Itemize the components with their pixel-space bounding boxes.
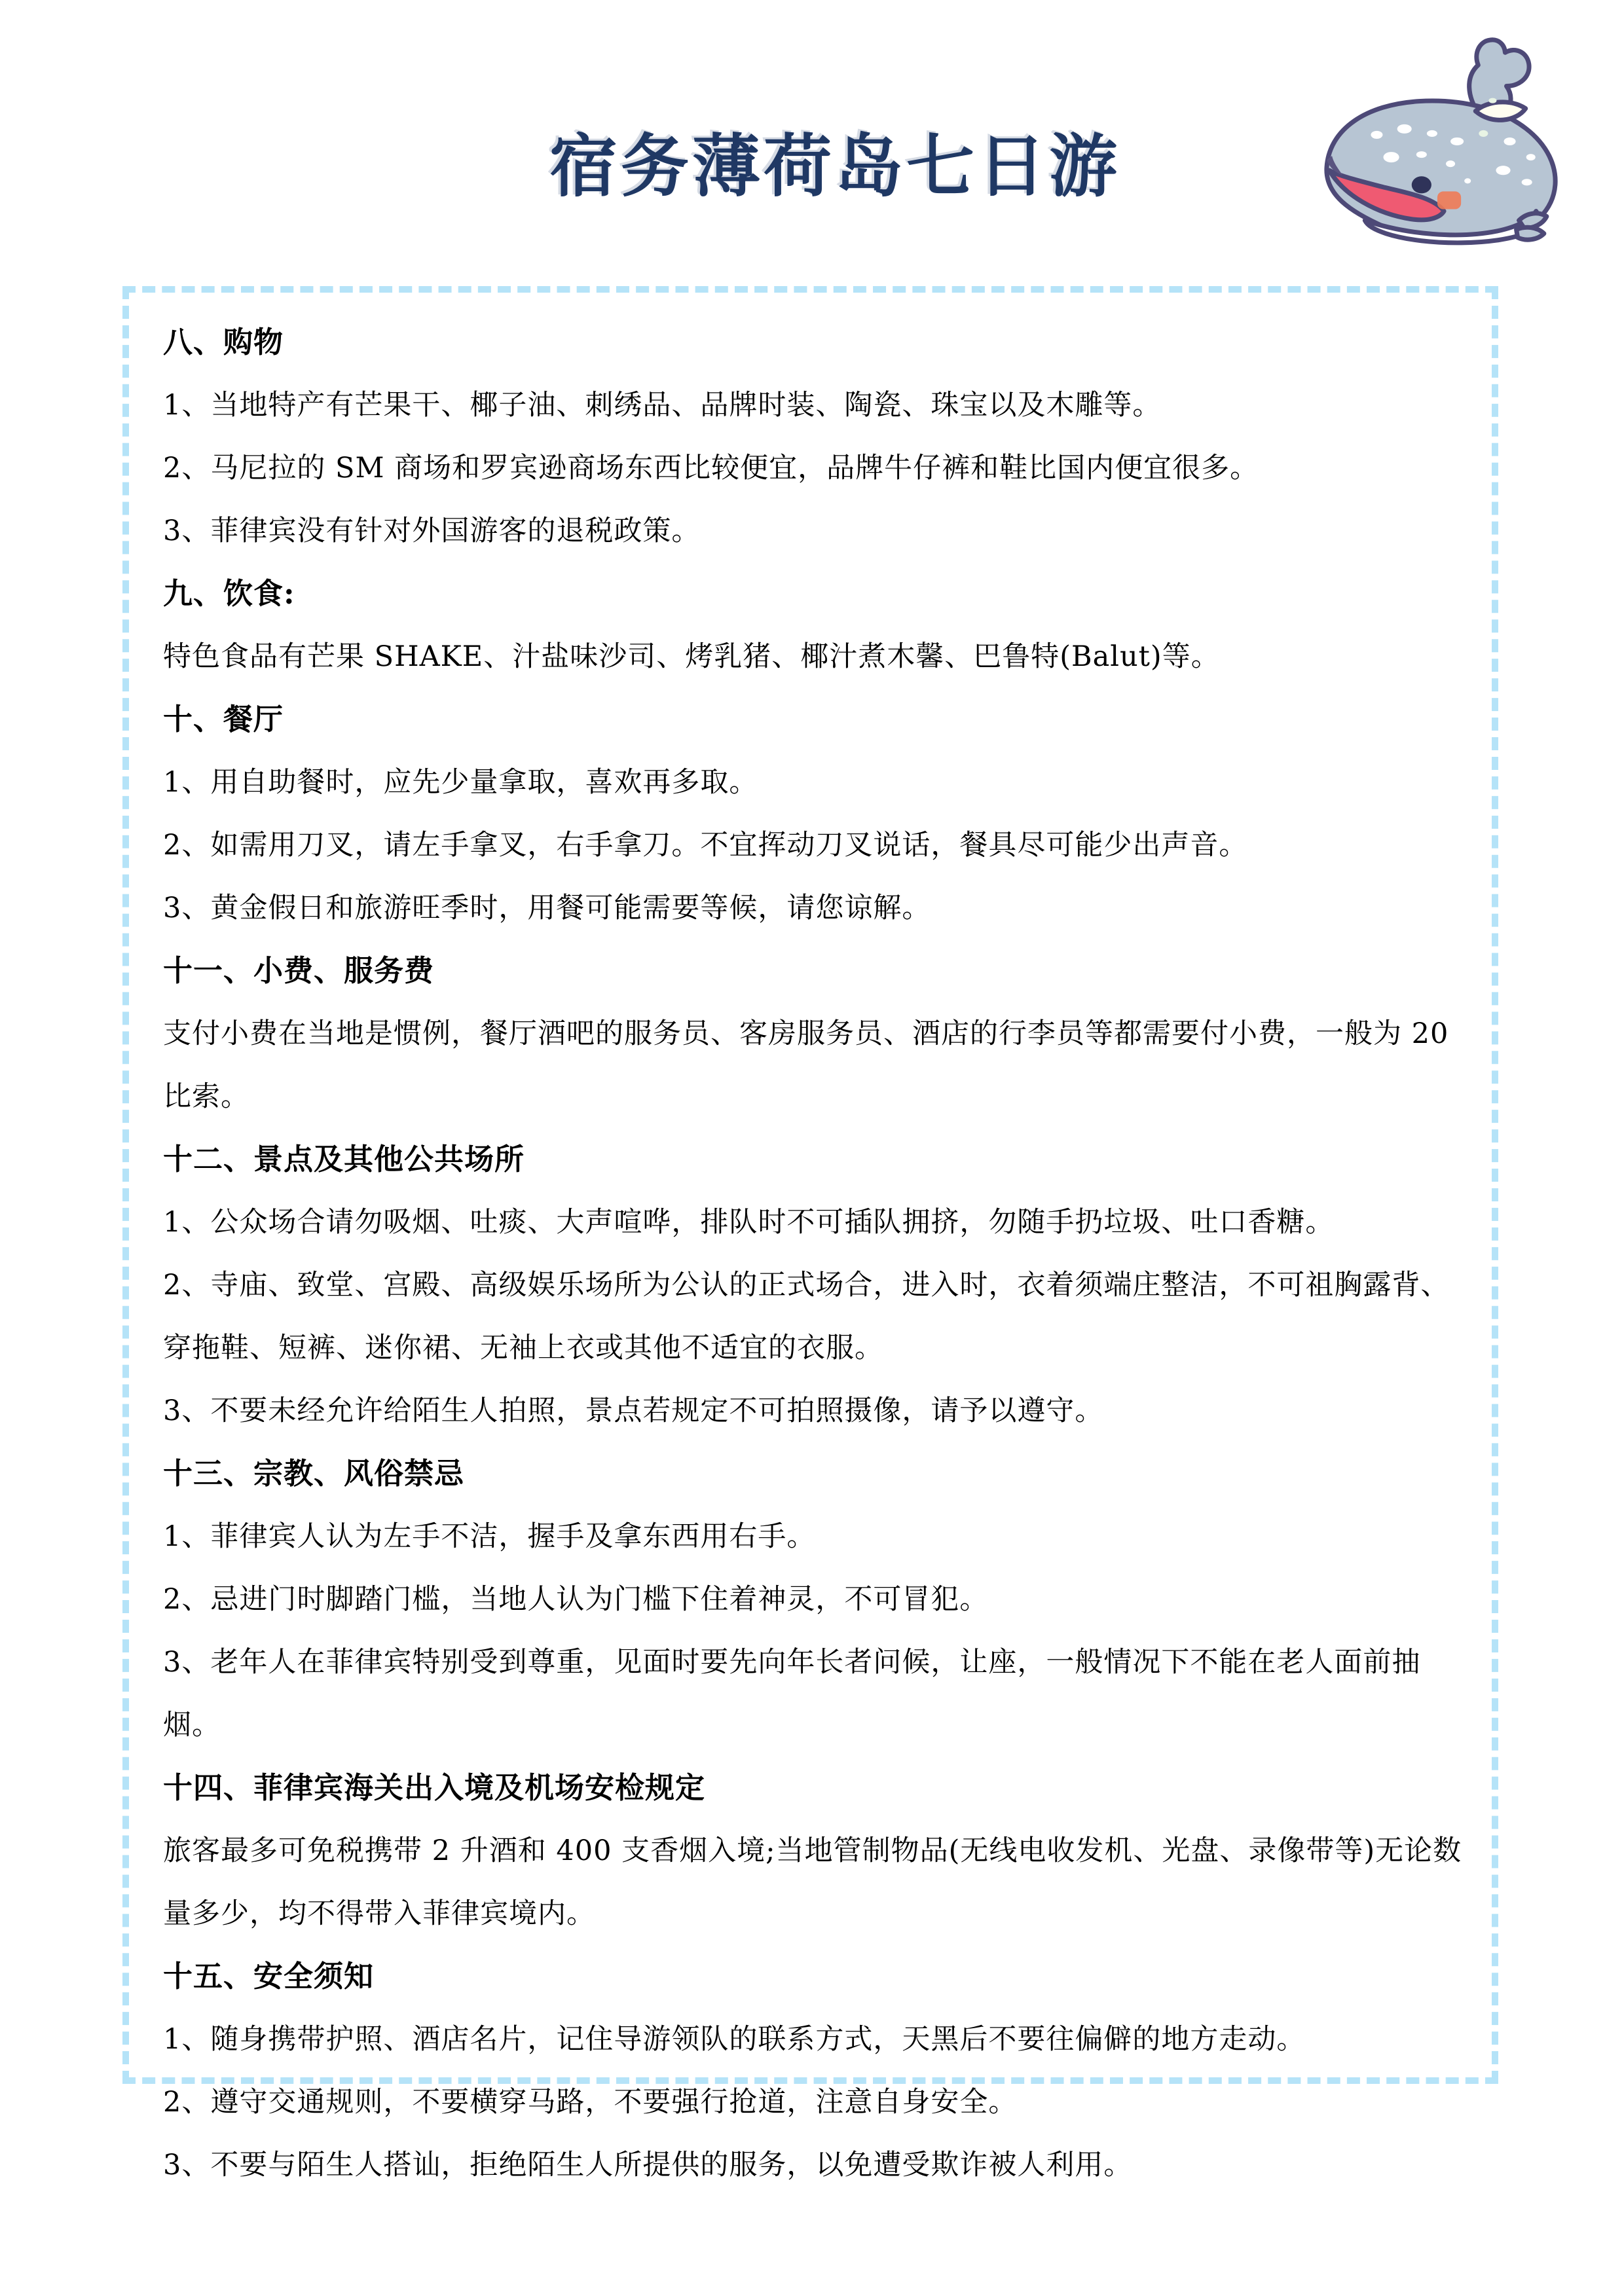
section-heading: 八、购物 [163, 311, 1473, 374]
section-customs-security: 十四、菲律宾海关出入境及机场安检规定 旅客最多可免税携带 2 升酒和 400 支… [163, 1757, 1473, 1945]
section-item: 3、黄金假日和旅游旺季时，用餐可能需要等候，请您谅解。 [163, 877, 1473, 939]
section-item: 旅客最多可免税携带 2 升酒和 400 支香烟入境;当地管制物品(无线电收发机、… [163, 1819, 1473, 1945]
section-safety: 十五、安全须知 1、随身携带护照、酒店名片，记住导游领队的联系方式，天黑后不要往… [163, 1945, 1473, 2196]
section-restaurant: 十、餐厅 1、用自助餐时，应先少量拿取，喜欢再多取。 2、如需用刀叉，请左手拿叉… [163, 688, 1473, 939]
section-item: 3、不要与陌生人搭讪，拒绝陌生人所提供的服务，以免遭受欺诈被人利用。 [163, 2134, 1473, 2196]
section-item: 2、忌进门时脚踏门槛，当地人认为门槛下住着神灵，不可冒犯。 [163, 1568, 1473, 1631]
document-page: 宿务薄荷岛七日游 [0, 0, 1624, 2296]
section-item: 1、当地特产有芒果干、椰子油、刺绣品、品牌时装、陶瓷、珠宝以及木雕等。 [163, 374, 1473, 437]
section-attractions: 十二、景点及其他公共场所 1、公众场合请勿吸烟、吐痰、大声喧哗，排队时不可插队拥… [163, 1128, 1473, 1442]
section-food: 九、饮食: 特色食品有芒果 SHAKE、汁盐味沙司、烤乳猪、椰汁煮木馨、巴鲁特(… [163, 562, 1473, 688]
section-item: 1、随身携带护照、酒店名片，记住导游领队的联系方式，天黑后不要往偏僻的地方走动。 [163, 2008, 1473, 2071]
section-heading: 十、餐厅 [163, 688, 1473, 751]
section-heading: 十四、菲律宾海关出入境及机场安检规定 [163, 1757, 1473, 1819]
section-heading: 十三、宗教、风俗禁忌 [163, 1442, 1473, 1505]
section-item: 1、公众场合请勿吸烟、吐痰、大声喧哗，排队时不可插队拥挤，勿随手扔垃圾、吐口香糖… [163, 1191, 1473, 1254]
section-heading: 十二、景点及其他公共场所 [163, 1128, 1473, 1191]
section-shopping: 八、购物 1、当地特产有芒果干、椰子油、刺绣品、品牌时装、陶瓷、珠宝以及木雕等。… [163, 311, 1473, 562]
whale-icon [1321, 34, 1565, 253]
section-item: 1、用自助餐时，应先少量拿取，喜欢再多取。 [163, 751, 1473, 814]
section-item: 1、菲律宾人认为左手不洁，握手及拿东西用右手。 [163, 1505, 1473, 1568]
section-item: 特色食品有芒果 SHAKE、汁盐味沙司、烤乳猪、椰汁煮木馨、巴鲁特(Balut)… [163, 625, 1473, 688]
section-item: 3、菲律宾没有针对外国游客的退税政策。 [163, 500, 1473, 562]
section-heading: 十一、小费、服务费 [163, 939, 1473, 1002]
section-item: 2、如需用刀叉，请左手拿叉，右手拿刀。不宜挥动刀叉说话，餐具尽可能少出声音。 [163, 814, 1473, 877]
section-item: 3、老年人在菲律宾特别受到尊重，见面时要先向年长者问候，让座，一般情况下不能在老… [163, 1631, 1473, 1757]
section-item: 2、马尼拉的 SM 商场和罗宾逊商场东西比较便宜，品牌牛仔裤和鞋比国内便宜很多。 [163, 437, 1473, 500]
travel-tips-box: 八、购物 1、当地特产有芒果干、椰子油、刺绣品、品牌时装、陶瓷、珠宝以及木雕等。… [122, 286, 1498, 2084]
section-item: 2、寺庙、致堂、宫殿、高级娱乐场所为公认的正式场合，进入时，衣着须端庄整洁，不可… [163, 1254, 1473, 1379]
section-item: 2、遵守交通规则，不要横穿马路，不要强行抢道，注意自身安全。 [163, 2071, 1473, 2134]
section-tipping: 十一、小费、服务费 支付小费在当地是惯例，餐厅酒吧的服务员、客房服务员、酒店的行… [163, 939, 1473, 1128]
section-item: 支付小费在当地是惯例，餐厅酒吧的服务员、客房服务员、酒店的行李员等都需要付小费，… [163, 1002, 1473, 1128]
section-heading: 九、饮食: [163, 562, 1473, 625]
section-heading: 十五、安全须知 [163, 1945, 1473, 2008]
section-religion-customs: 十三、宗教、风俗禁忌 1、菲律宾人认为左手不洁，握手及拿东西用右手。 2、忌进门… [163, 1442, 1473, 1757]
section-item: 3、不要未经允许给陌生人拍照，景点若规定不可拍照摄像，请予以遵守。 [163, 1379, 1473, 1442]
